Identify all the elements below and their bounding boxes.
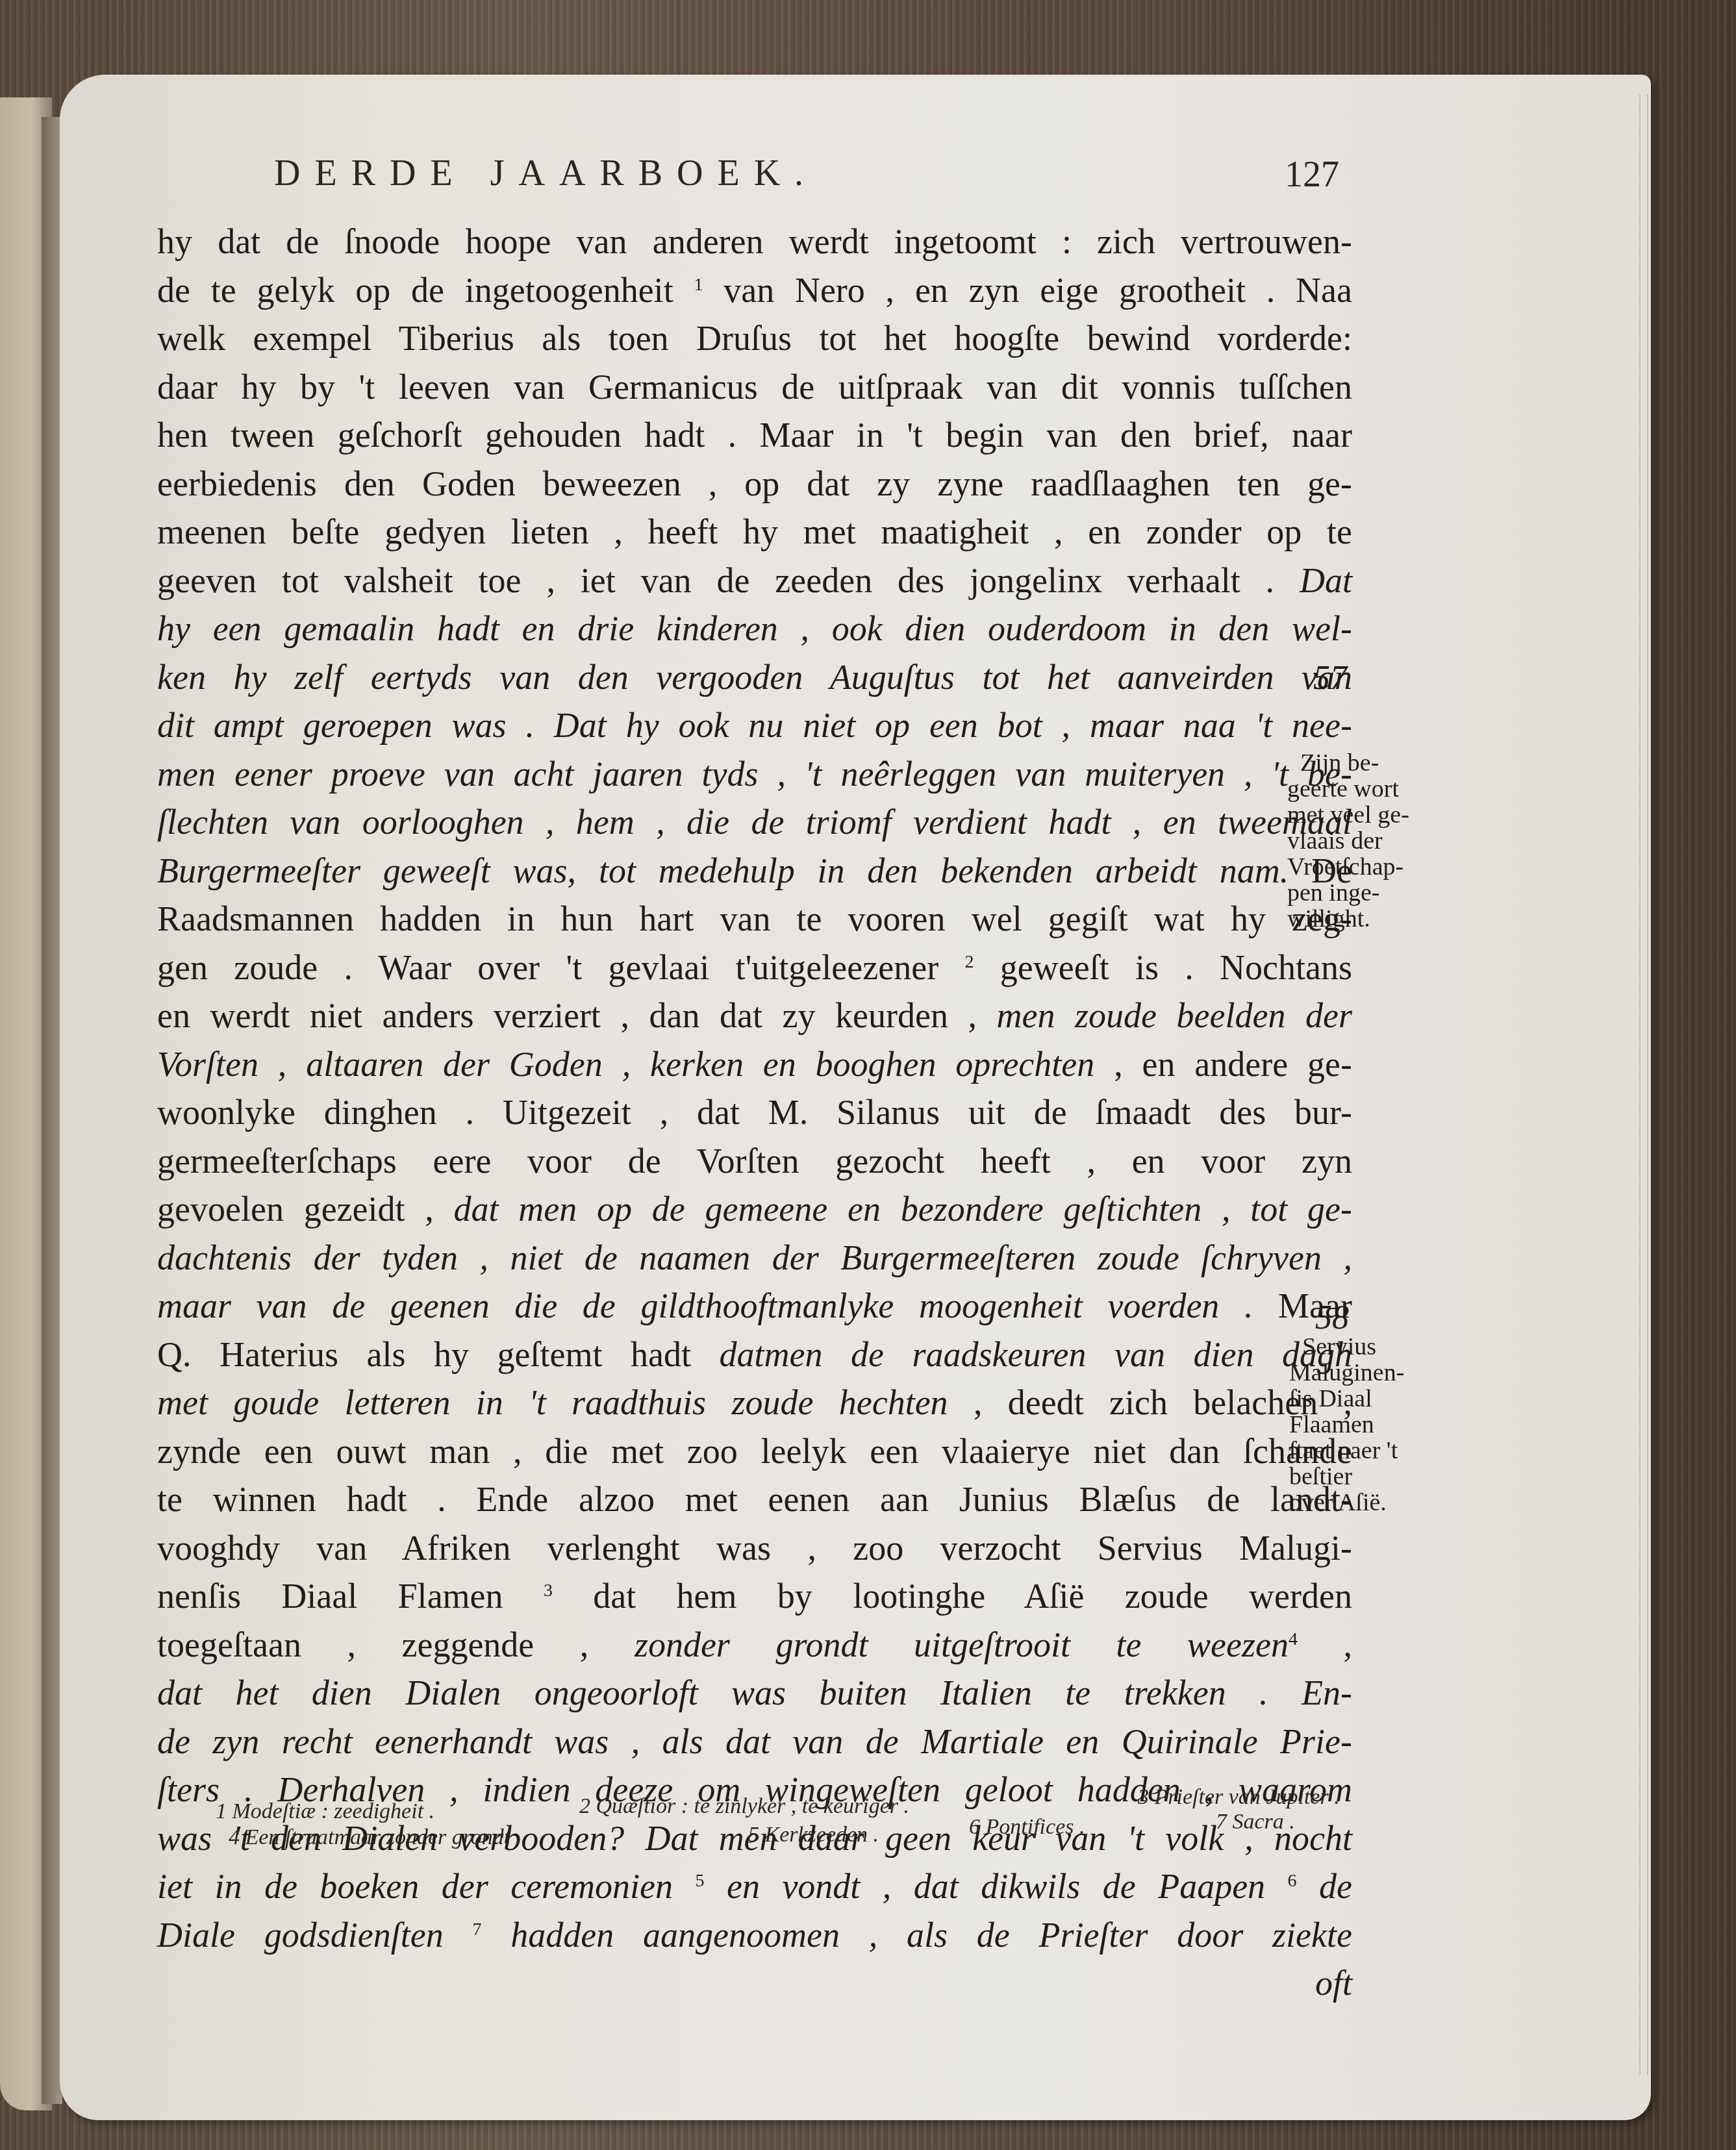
margin-note-line: Vroetſchap- [1287, 854, 1409, 880]
text-segment: Burgermeeſter geweeſt was, tot medehulp … [157, 851, 1289, 890]
footnote-marker: 5 [696, 1871, 705, 1891]
footnote-number: 6 [969, 1815, 980, 1839]
footnote-row-2: 4 Een ſtraatmaar zonder grondt . 5 Kerkz… [216, 1819, 1352, 1849]
footnote-text: Sacra . [1233, 1810, 1295, 1834]
text-line: dat het dien Dialen ongeoorloft was buit… [157, 1669, 1352, 1718]
text-segment: Vorſten , altaaren der Goden , kerken en… [157, 1045, 1094, 1084]
text-segment: de [1297, 1867, 1352, 1906]
text-segment: en vondt , dat dikwils de Paapen [705, 1867, 1288, 1906]
margin-note-line: beſtier [1289, 1464, 1404, 1490]
text-segment: geweeſt is . Nochtans [974, 948, 1352, 987]
text-segment: Q. Haterius als hy geſtemt hadt [157, 1335, 720, 1374]
text-segment: , [1298, 1625, 1352, 1664]
text-segment: welk exempel Tiberius als toen Druſus to… [157, 319, 1352, 358]
text-line: hy een gemaalin hadt en drie kinderen , … [157, 605, 1352, 653]
margin-note-line: vlaais der [1287, 828, 1409, 854]
text-segment: hy een gemaalin hadt en drie kinderen , … [157, 609, 1352, 648]
text-line: dit ampt geroepen was . Dat hy ook nu ni… [157, 701, 1352, 750]
footnote-2: 2 Quæſtior : te zinlyker , te keuriger . [579, 1794, 909, 1819]
footnote-marker: 3 [544, 1581, 553, 1601]
footnote-row-1: 1 Modeſtiæ : zeedigheit . 2 Quæſtior : t… [216, 1789, 1352, 1819]
text-segment: toegeſtaan , zeggende , [157, 1625, 635, 1664]
text-segment: woonlyke dinghen . Uitgezeit , dat M. Si… [157, 1093, 1352, 1132]
text-line: men eener proeve van acht jaaren tyds , … [157, 750, 1352, 799]
text-segment: geeven tot valsheit toe , iet van de zee… [157, 561, 1300, 600]
footnote-6: 6 Pontifices . [969, 1815, 1085, 1840]
text-line: welk exempel Tiberius als toen Druſus to… [157, 314, 1352, 363]
footnote-number: 5 [748, 1823, 759, 1847]
text-line: oft [157, 1959, 1352, 2008]
text-segment: te winnen hadt . Ende alzoo met eenen aa… [157, 1480, 1352, 1519]
text-line: dachtenis der tyden , niet de naamen der… [157, 1234, 1352, 1282]
text-segment: hen tween geſchorſt gehouden hadt . Maar… [157, 416, 1352, 455]
footnote-text: Prieſter van Jupiter . [1155, 1785, 1340, 1809]
page-stack-edge [1639, 94, 1648, 2075]
footnote-marker: 1 [694, 275, 703, 295]
text-segment: met goude letteren in 't raadthuis zoude… [157, 1383, 948, 1422]
footnote-5: 5 Kerkzeeden . [748, 1823, 879, 1847]
text-line: hy dat de ſnoode hoope van anderen werdt… [157, 218, 1352, 266]
footnote-marker: 4 [1289, 1629, 1298, 1649]
text-line: gen zoude . Waar over 't gevlaai t'uitge… [157, 944, 1352, 992]
text-segment: hadden aangenoomen , als de Prieſter doo… [481, 1916, 1352, 1955]
text-line: de te gelyk op de ingetoogenheit 1 van N… [157, 266, 1352, 315]
footnote-marker: 6 [1288, 1871, 1297, 1891]
text-segment: men eener proeve van acht jaaren tyds , … [157, 755, 1352, 794]
footnote-number: 4 [229, 1825, 240, 1849]
text-segment: maar van de geenen die de gildthooftmanl… [157, 1286, 1253, 1325]
section-number: 57 [1313, 666, 1409, 692]
text-line: met goude letteren in 't raadthuis zoude… [157, 1379, 1352, 1427]
text-line: meenen beſte gedyen lieten , heeft hy me… [157, 508, 1352, 556]
text-segment: en werdt niet anders verziert , dan dat … [157, 996, 997, 1035]
text-segment: dat het dien Dialen ongeoorloft was buit… [157, 1673, 1352, 1712]
margin-note-line: Servius [1302, 1334, 1404, 1360]
body-text: hy dat de ſnoode hoope van anderen werdt… [157, 218, 1352, 2008]
text-line: Burgermeeſter geweeſt was, tot medehulp … [157, 847, 1352, 895]
text-line: Q. Haterius als hy geſtemt hadt datmen d… [157, 1331, 1352, 1379]
footnotes: 1 Modeſtiæ : zeedigheit . 2 Quæſtior : t… [216, 1789, 1352, 1849]
text-line: geeven tot valsheit toe , iet van de zee… [157, 556, 1352, 605]
text-line: nenſis Diaal Flamen 3 dat hem by looting… [157, 1572, 1352, 1621]
text-line: zynde een ouwt man , die met zoo leelyk … [157, 1427, 1352, 1476]
margin-note-line: over Aſië. [1289, 1490, 1404, 1516]
footnote-text: Een ſtraatmaar zonder grondt . [245, 1825, 522, 1849]
text-line: daar hy by 't leeven van Germanicus de u… [157, 363, 1352, 412]
text-line: hen tween geſchorſt gehouden hadt . Maar… [157, 411, 1352, 460]
margin-note-line: willight. [1287, 906, 1409, 932]
text-segment: iet in de boeken der ceremonien [157, 1867, 696, 1906]
section-number: 58 [1315, 1305, 1404, 1331]
text-segment: ſlechten van oorlooghen , hem , die de t… [157, 803, 1352, 842]
text-line: de zyn recht eenerhandt was , als dat va… [157, 1718, 1352, 1766]
footnote-3: 3 Prieſter van Jupiter . [1138, 1785, 1340, 1810]
footnote-number: 3 [1138, 1785, 1149, 1809]
text-segment: gen zoude . Waar over 't gevlaai t'uitge… [157, 948, 964, 987]
page-number: 127 [1285, 154, 1339, 195]
footnote-text: Kerkzeeden . [765, 1823, 879, 1847]
text-line: eerbiedenis den Goden beweezen , op dat … [157, 460, 1352, 508]
text-segment: oft [1315, 1964, 1352, 2003]
footnote-7: 7 Sacra . [1216, 1810, 1295, 1834]
margin-note-line: met veel ge- [1287, 802, 1409, 828]
footnote-marker: 7 [472, 1919, 481, 1940]
text-segment: Raadsmannen hadden in hun hart van te vo… [157, 899, 1352, 938]
text-line: germeeſterſchaps eere voor de Vorſten ge… [157, 1137, 1352, 1186]
text-segment: datmen de raadskeuren van dien dagh [720, 1335, 1352, 1374]
text-segment: gevoelen gezeidt , [157, 1190, 454, 1229]
text-segment: , en andere ge- [1094, 1045, 1352, 1084]
margin-note-line: ſis Diaal [1289, 1386, 1404, 1412]
footnote-text: Pontifices . [986, 1815, 1085, 1839]
text-segment: vooghdy van Afriken verlenght was , zoo … [157, 1529, 1352, 1568]
margin-note-58: 58ServiusMaluginen-ſis DiaalFlaamenſtaet… [1289, 1305, 1404, 1516]
footnote-4: 4 Een ſtraatmaar zonder grondt . [229, 1825, 521, 1850]
footnote-number: 7 [1216, 1810, 1227, 1834]
text-segment: Diale godsdienſten [157, 1916, 472, 1955]
text-segment: zynde een ouwt man , die met zoo leelyk … [157, 1432, 1352, 1471]
text-segment: de te gelyk op de ingetoogenheit [157, 271, 694, 310]
text-line: ken hy zelf eertyds van den vergooden Au… [157, 653, 1352, 702]
text-line: maar van de geenen die de gildthooftmanl… [157, 1282, 1352, 1331]
margin-note-line: Zijn be- [1300, 750, 1409, 776]
margin-note-line: pen inge- [1287, 880, 1409, 906]
text-segment: van Nero , en zyn eige grootheit . Naa [703, 271, 1352, 310]
text-line: gevoelen gezeidt , dat men op de gemeene… [157, 1185, 1352, 1234]
margin-note-line: Flaamen [1289, 1412, 1404, 1438]
text-segment: daar hy by 't leeven van Germanicus de u… [157, 368, 1352, 406]
text-segment: meenen beſte gedyen lieten , heeft hy me… [157, 512, 1352, 551]
text-segment: dit ampt geroepen was . Dat hy ook nu ni… [157, 706, 1352, 745]
text-line: toegeſtaan , zeggende , zonder grondt ui… [157, 1621, 1352, 1669]
text-segment: Dat [1300, 561, 1352, 600]
text-segment: nenſis Diaal Flamen [157, 1577, 544, 1616]
text-line: Diale godsdienſten 7 hadden aangenoomen … [157, 1911, 1352, 1960]
text-segment: germeeſterſchaps eere voor de Vorſten ge… [157, 1142, 1352, 1181]
text-line: te winnen hadt . Ende alzoo met eenen aa… [157, 1475, 1352, 1524]
book-page: DERDE JAARBOEK. 127 hy dat de ſnoode hoo… [60, 75, 1651, 2120]
margin-note-line: geerte wort [1287, 776, 1409, 802]
text-segment: zonder grondt uitgeſtrooit te weezen [635, 1625, 1289, 1664]
text-line: Raadsmannen hadden in hun hart van te vo… [157, 895, 1352, 944]
text-segment: dat hem by lootinghe Aſië zoude werden [553, 1577, 1352, 1616]
text-segment: de zyn recht eenerhandt was , als dat va… [157, 1722, 1352, 1761]
text-segment: ken hy zelf eertyds van den vergooden Au… [157, 658, 1352, 697]
footnote-number: 2 [579, 1794, 590, 1818]
text-segment: hy dat de ſnoode hoope van anderen werdt… [157, 222, 1352, 261]
text-line: iet in de boeken der ceremonien 5 en von… [157, 1862, 1352, 1911]
text-segment: men zoude beelden der [997, 996, 1352, 1035]
text-line: vooghdy van Afriken verlenght was , zoo … [157, 1524, 1352, 1573]
margin-note-line: ſtaet naer 't [1289, 1438, 1404, 1464]
text-line: en werdt niet anders verziert , dan dat … [157, 992, 1352, 1040]
footnote-text: Quæſtior : te zinlyker , te keuriger . [596, 1794, 910, 1818]
running-head: DERDE JAARBOEK. 127 [196, 153, 1352, 198]
text-segment: dat men op de gemeene en bezondere geſti… [454, 1190, 1352, 1229]
footnote-marker: 2 [964, 952, 974, 972]
text-segment: eerbiedenis den Goden beweezen , op dat … [157, 464, 1352, 503]
running-title: DERDE JAARBOEK. [274, 153, 818, 194]
text-line: Vorſten , altaaren der Goden , kerken en… [157, 1040, 1352, 1089]
margin-note-57: 57Zijn be-geerte wortmet veel ge-vlaais … [1287, 666, 1409, 932]
text-segment: dachtenis der tyden , niet de naamen der… [157, 1238, 1352, 1277]
margin-note-line: Maluginen- [1289, 1360, 1404, 1386]
text-line: woonlyke dinghen . Uitgezeit , dat M. Si… [157, 1088, 1352, 1137]
text-line: ſlechten van oorlooghen , hem , die de t… [157, 798, 1352, 847]
